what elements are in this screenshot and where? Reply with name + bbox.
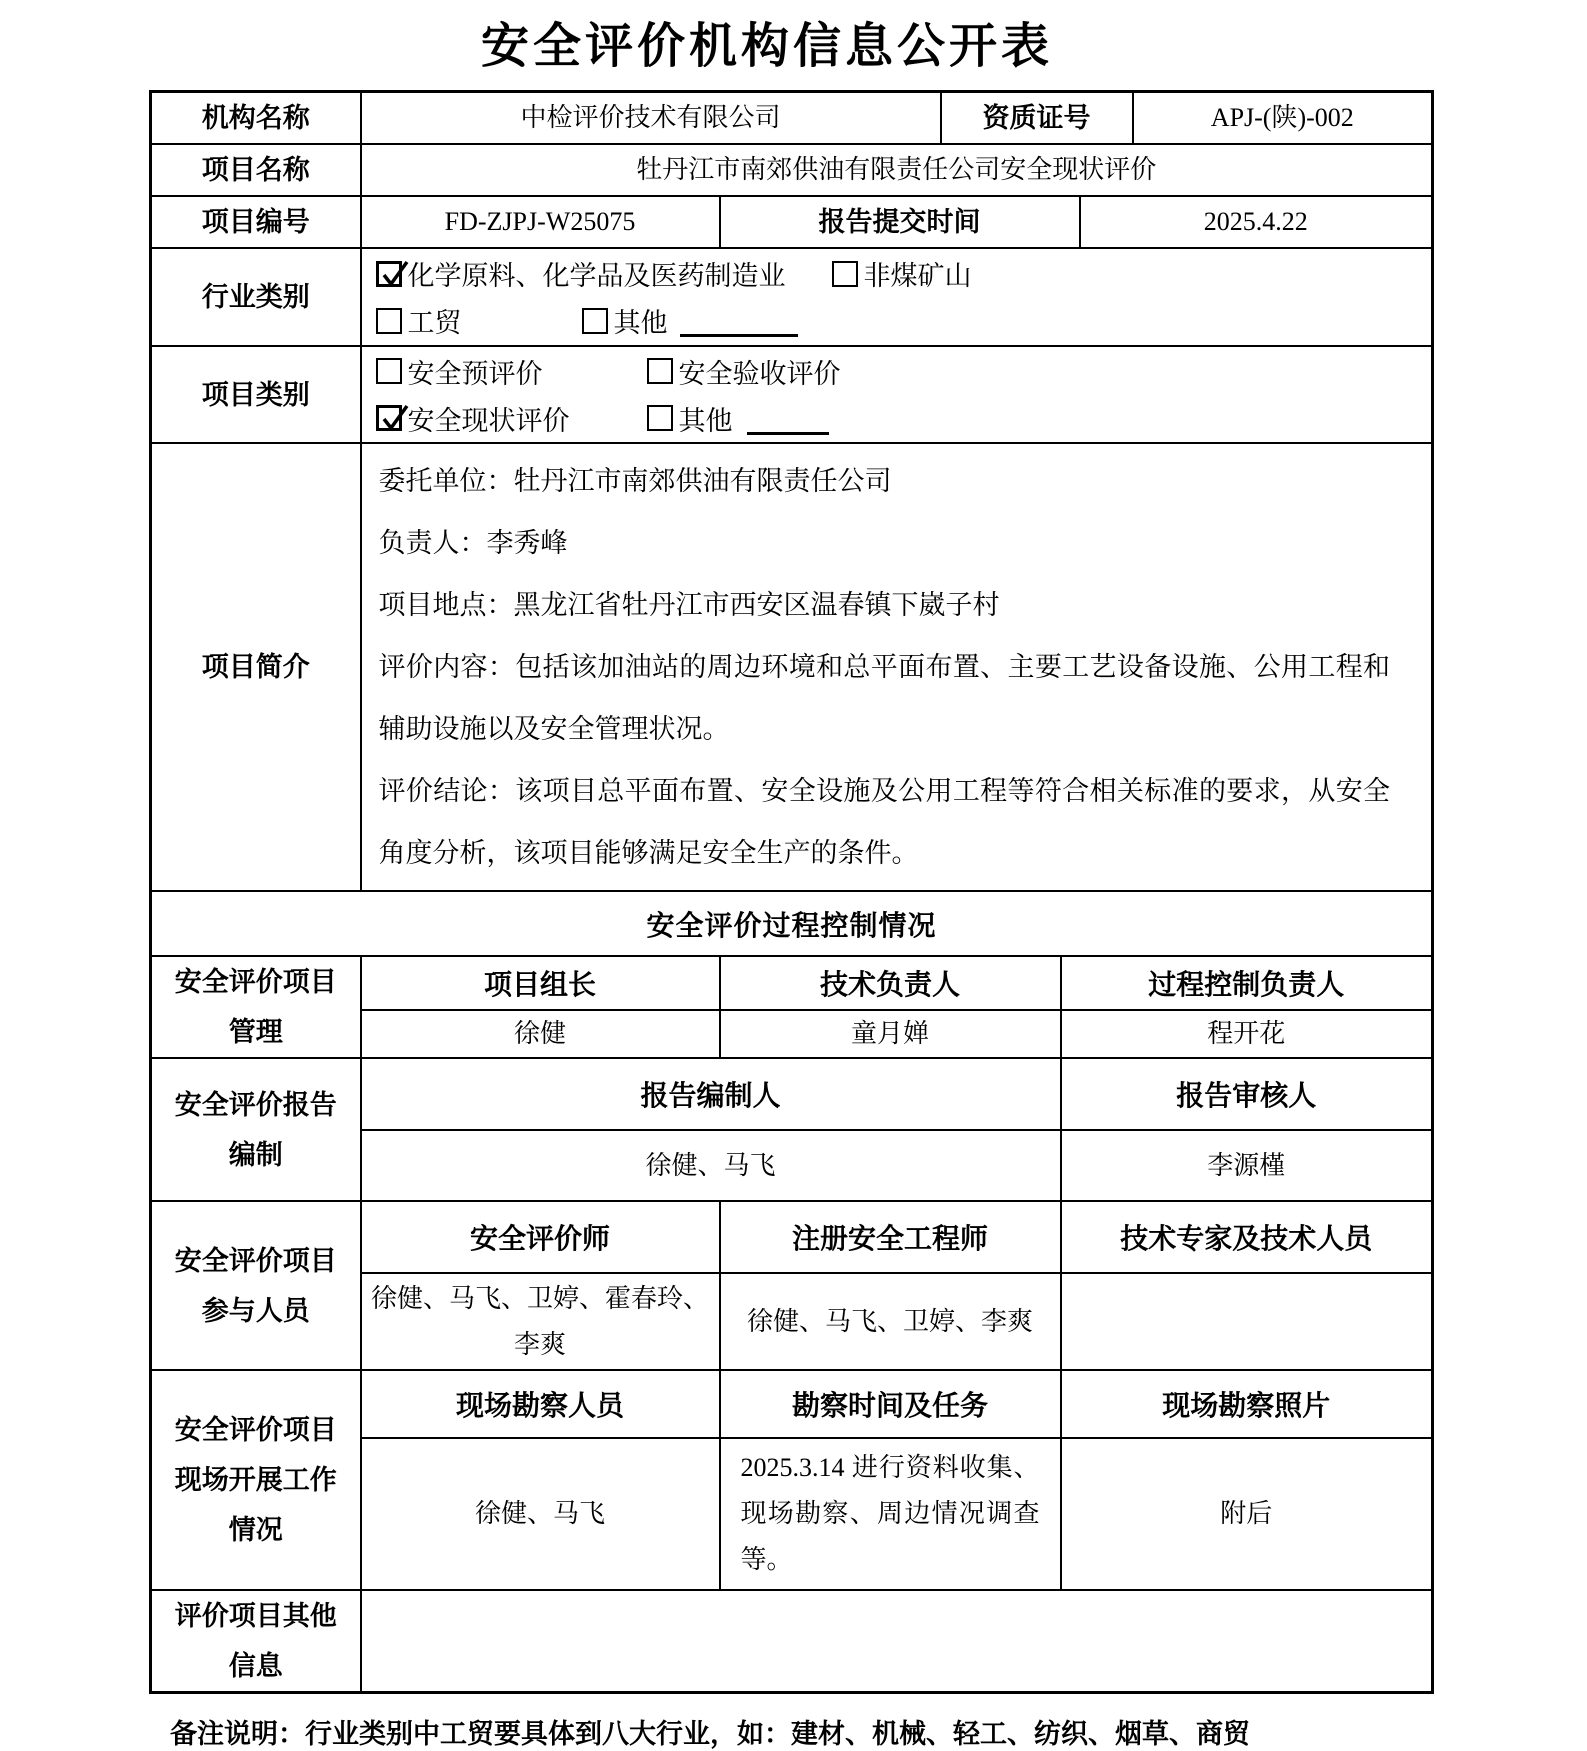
checkbox-label: 其他: [614, 301, 668, 340]
participants-evaluator-header: 安全评价师: [361, 1201, 720, 1273]
info-disclosure-table: 机构名称 中检评价技术有限公司 资质证号 APJ-(陕)-002 项目名称 牡丹…: [149, 90, 1434, 1694]
summary-person-in-charge: 负责人：李秀峰: [379, 512, 1391, 574]
row-management-headers: 安全评价项目管理 项目组长 技术负责人 过程控制负责人: [151, 956, 1433, 1010]
industry-option-trade: 工贸: [376, 301, 462, 340]
report-reviewer-value: 李源槿: [1061, 1130, 1433, 1201]
row-project-type: 项目类别 安全预评价 安全验收评价 安全现状评价: [151, 346, 1433, 443]
industry-option-non-coal-mine: 非煤矿山: [832, 254, 972, 293]
checkbox-label: 化学原料、化学品及医药制造业: [408, 254, 786, 293]
row-site-work-headers: 安全评价项目现场开展工作情况 现场勘察人员 勘察时间及任务 现场勘察照片: [151, 1370, 1433, 1438]
project-type-options-line-1: 安全预评价 安全验收评价: [376, 348, 1432, 395]
checkbox-unchecked-icon: [647, 358, 673, 384]
project-summary-label: 项目简介: [151, 443, 361, 891]
org-name-value: 中检评价技术有限公司: [361, 92, 941, 145]
row-project-summary: 项目简介 委托单位：牡丹江市南郊供油有限责任公司 负责人：李秀峰 项目地点：黑龙…: [151, 443, 1433, 891]
checkbox-label: 安全验收评价: [679, 352, 841, 391]
org-name-label: 机构名称: [151, 92, 361, 145]
site-survey-photo-header: 现场勘察照片: [1061, 1370, 1433, 1438]
report-compiler-value: 徐健、马飞: [361, 1130, 1061, 1201]
checkbox-label: 其他: [679, 399, 733, 438]
checkbox-label: 安全现状评价: [408, 399, 570, 438]
project-type-option-acceptance-evaluation: 安全验收评价: [647, 352, 841, 391]
site-work-label: 安全评价项目现场开展工作情况: [151, 1370, 361, 1590]
summary-location: 项目地点：黑龙江省牡丹江市西安区温春镇下崴子村: [379, 574, 1391, 636]
management-tech-value: 童月婵: [720, 1010, 1061, 1058]
industry-option-other: 其他: [582, 301, 668, 340]
industry-option-chemical: 化学原料、化学品及医药制造业: [376, 254, 786, 293]
cert-no-label: 资质证号: [941, 92, 1133, 145]
row-participants-headers: 安全评价项目参与人员 安全评价师 注册安全工程师 技术专家及技术人员: [151, 1201, 1433, 1273]
row-section-header: 安全评价过程控制情况: [151, 891, 1433, 956]
checkbox-checked-icon: [376, 261, 402, 287]
participants-label: 安全评价项目参与人员: [151, 1201, 361, 1370]
checkbox-checked-icon: [376, 405, 402, 431]
row-project-name: 项目名称 牡丹江市南郊供油有限责任公司安全现状评价: [151, 144, 1433, 196]
blank-underline: [747, 402, 829, 435]
checkbox-unchecked-icon: [582, 308, 608, 334]
participants-engineer-header: 注册安全工程师: [720, 1201, 1061, 1273]
project-type-options-cell: 安全预评价 安全验收评价 安全现状评价 其他: [361, 346, 1433, 443]
project-summary-cell: 委托单位：牡丹江市南郊供油有限责任公司 负责人：李秀峰 项目地点：黑龙江省牡丹江…: [361, 443, 1433, 891]
report-label: 安全评价报告编制: [151, 1058, 361, 1201]
blank-underline: [680, 304, 798, 337]
checkbox-unchecked-icon: [376, 358, 402, 384]
industry-options-cell: 化学原料、化学品及医药制造业 非煤矿山 工贸 其他: [361, 248, 1433, 346]
report-date-label: 报告提交时间: [720, 196, 1080, 248]
management-label: 安全评价项目管理: [151, 956, 361, 1058]
checkbox-label: 安全预评价: [408, 352, 543, 391]
cert-no-value: APJ-(陕)-002: [1133, 92, 1433, 145]
participants-expert-header: 技术专家及技术人员: [1061, 1201, 1433, 1273]
summary-conclusion: 评价结论：该项目总平面布置、安全设施及公用工程等符合相关标准的要求，从安全角度分…: [379, 760, 1391, 884]
site-survey-task-value: 2025.3.14 进行资料收集、现场勘察、周边情况调查等。: [720, 1438, 1061, 1590]
participants-expert-value: [1061, 1273, 1433, 1370]
project-type-option-status-evaluation: 安全现状评价: [376, 399, 570, 438]
report-compiler-header: 报告编制人: [361, 1058, 1061, 1130]
management-leader-value: 徐健: [361, 1010, 720, 1058]
checkbox-unchecked-icon: [376, 308, 402, 334]
industry-options-line-1: 化学原料、化学品及医药制造业 非煤矿山: [376, 250, 1432, 297]
management-process-header: 过程控制负责人: [1061, 956, 1433, 1010]
row-other-info: 评价项目其他信息: [151, 1590, 1433, 1693]
process-control-section-title: 安全评价过程控制情况: [151, 891, 1433, 956]
site-survey-staff-value: 徐健、马飞: [361, 1438, 720, 1590]
row-industry-category: 行业类别 化学原料、化学品及医药制造业 非煤矿山 工贸: [151, 248, 1433, 346]
checkbox-unchecked-icon: [647, 405, 673, 431]
summary-content: 评价内容：包括该加油站的周边环境和总平面布置、主要工艺设备设施、公用工程和辅助设…: [379, 636, 1391, 760]
site-survey-staff-header: 现场勘察人员: [361, 1370, 720, 1438]
report-reviewer-header: 报告审核人: [1061, 1058, 1433, 1130]
checkbox-label: 非煤矿山: [864, 254, 972, 293]
project-type-label: 项目类别: [151, 346, 361, 443]
page-title: 安全评价机构信息公开表: [126, 16, 1408, 78]
footer-note: 备注说明：行业类别中工贸要具体到八大行业，如：建材、机械、轻工、纺织、烟草、商贸: [170, 1712, 1587, 1751]
participants-engineer-value: 徐健、马飞、卫婷、李爽: [720, 1273, 1061, 1370]
project-name-value: 牡丹江市南郊供油有限责任公司安全现状评价: [361, 144, 1433, 196]
management-leader-header: 项目组长: [361, 956, 720, 1010]
project-no-label: 项目编号: [151, 196, 361, 248]
management-process-value: 程开花: [1061, 1010, 1433, 1058]
row-project-no: 项目编号 FD-ZJPJ-W25075 报告提交时间 2025.4.22: [151, 196, 1433, 248]
project-no-value: FD-ZJPJ-W25075: [361, 196, 720, 248]
site-survey-task-header: 勘察时间及任务: [720, 1370, 1061, 1438]
summary-client: 委托单位：牡丹江市南郊供油有限责任公司: [379, 450, 1391, 512]
row-report-headers: 安全评价报告编制 报告编制人 报告审核人: [151, 1058, 1433, 1130]
project-type-options-line-2: 安全现状评价 其他: [376, 395, 1432, 442]
site-survey-photo-value: 附后: [1061, 1438, 1433, 1590]
project-type-option-other: 其他: [647, 399, 733, 438]
other-info-label: 评价项目其他信息: [151, 1590, 361, 1693]
industry-options-line-2: 工贸 其他: [376, 297, 1432, 344]
project-type-option-pre-evaluation: 安全预评价: [376, 352, 543, 391]
participants-evaluator-value: 徐健、马飞、卫婷、霍春玲、李爽: [361, 1273, 720, 1370]
report-date-value: 2025.4.22: [1080, 196, 1433, 248]
row-org-name: 机构名称 中检评价技术有限公司 资质证号 APJ-(陕)-002: [151, 92, 1433, 145]
management-tech-header: 技术负责人: [720, 956, 1061, 1010]
industry-category-label: 行业类别: [151, 248, 361, 346]
project-name-label: 项目名称: [151, 144, 361, 196]
checkbox-label: 工贸: [408, 301, 462, 340]
checkbox-unchecked-icon: [832, 261, 858, 287]
other-info-value: [361, 1590, 1433, 1693]
